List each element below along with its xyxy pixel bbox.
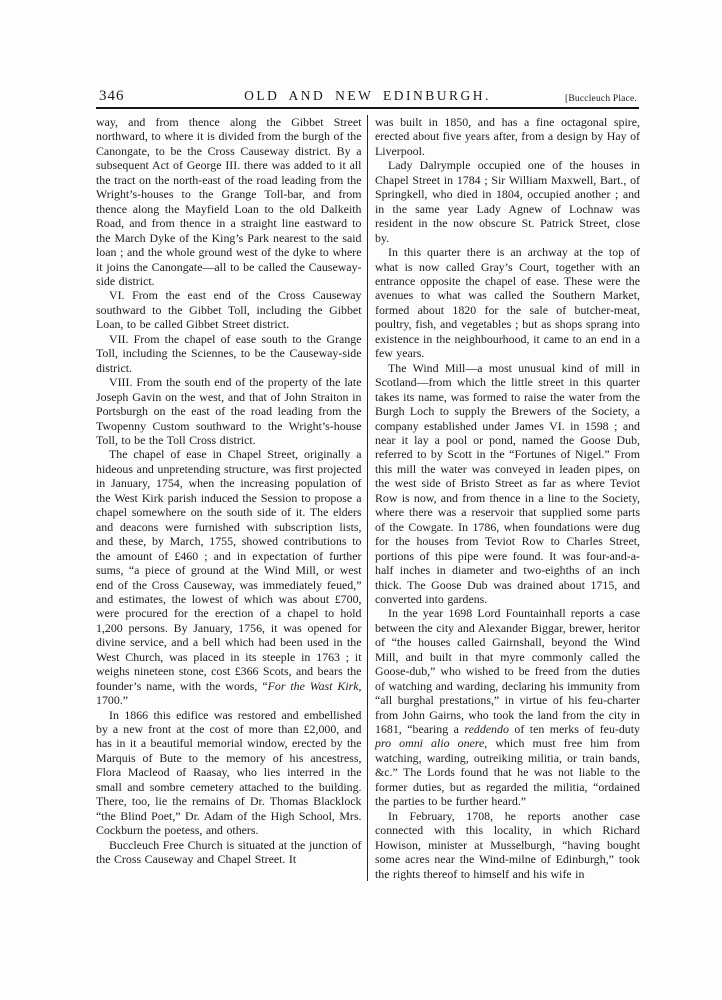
paragraph: In the year 1698 Lord Fountainhall repor… [375, 606, 640, 808]
page-title: OLD AND NEW EDINBURGH. [96, 88, 639, 104]
paragraph: In this quarter there is an archway at t… [375, 245, 640, 361]
header-rule [96, 107, 639, 109]
text-columns: way, and from thence along the Gibbet St… [96, 115, 644, 881]
text-run: In February, 1708, he reports another ca… [375, 809, 640, 881]
paragraph: In 1866 this edifice was restored and em… [96, 708, 362, 838]
page-header: 346 OLD AND NEW EDINBURGH. [Buccleuch Pl… [96, 85, 639, 105]
paragraph: VIII. From the south end of the property… [96, 375, 362, 447]
text-run: The Wind Mill—a most unusual kind of mil… [375, 361, 640, 606]
running-header: [Buccleuch Place. [565, 94, 637, 104]
text-run: was built in 1850, and has a fine octago… [375, 115, 640, 158]
italic-text: For the Wast Kirk, [268, 679, 362, 693]
text-run: Buccleuch Free Church is situated at the… [96, 838, 362, 866]
text-run: In the year 1698 Lord Fountainhall repor… [375, 606, 640, 736]
paragraph: VI. From the east end of the Cross Cause… [96, 288, 362, 331]
paragraph: Lady Dalrymple occupied one of the house… [375, 158, 640, 245]
text-run: In this quarter there is an archway at t… [375, 245, 640, 360]
italic-text: reddendo [464, 722, 508, 736]
text-run: The chapel of ease in Chapel Street, ori… [96, 447, 362, 692]
text-run: In 1866 this edifice was restored and em… [96, 708, 362, 838]
paragraph: The Wind Mill—a most unusual kind of mil… [375, 361, 640, 607]
right-column: was built in 1850, and has a fine octago… [368, 115, 640, 881]
paragraph: The chapel of ease in Chapel Street, ori… [96, 447, 362, 707]
italic-text: pro omni alio onere [375, 736, 484, 750]
text-run: Lady Dalrymple occupied one of the house… [375, 158, 640, 244]
book-page: 346 OLD AND NEW EDINBURGH. [Buccleuch Pl… [0, 0, 722, 1000]
paragraph: way, and from thence along the Gibbet St… [96, 115, 362, 288]
text-run: 1700.” [96, 693, 128, 707]
text-run: VIII. From the south end of the property… [96, 375, 362, 447]
paragraph: VII. From the chapel of ease south to th… [96, 332, 362, 375]
text-run: VI. From the east end of the Cross Cause… [96, 288, 362, 331]
left-column: way, and from thence along the Gibbet St… [96, 115, 367, 881]
paragraph: In February, 1708, he reports another ca… [375, 809, 640, 881]
text-run: VII. From the chapel of ease south to th… [96, 332, 362, 375]
paragraph: was built in 1850, and has a fine octago… [375, 115, 640, 158]
text-run: of ten merks of feu-duty [509, 722, 640, 736]
paragraph: Buccleuch Free Church is situated at the… [96, 838, 362, 867]
text-run: way, and from thence along the Gibbet St… [96, 115, 362, 288]
